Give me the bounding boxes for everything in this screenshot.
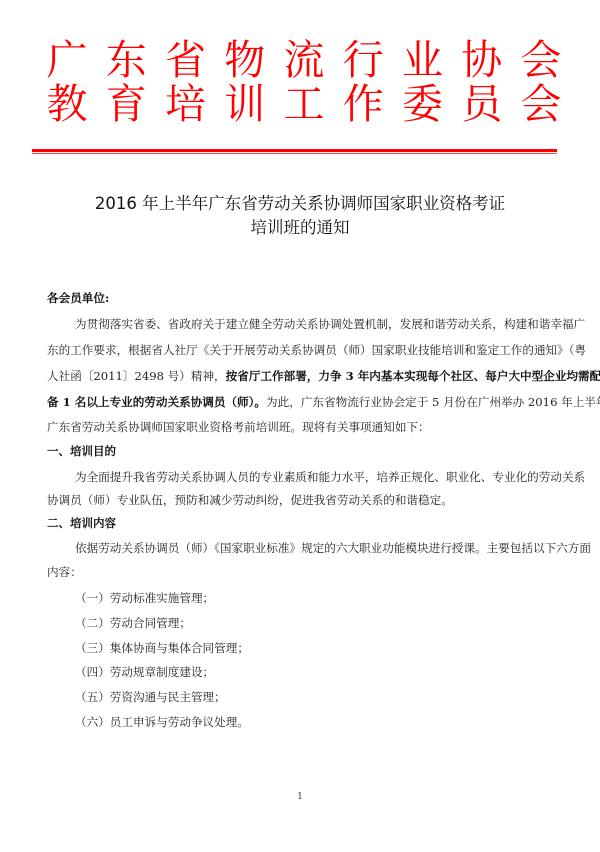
section-heading: 二、培训内容 [47,515,116,531]
page-number: 1 [0,792,600,802]
letterhead-char: 物 [220,38,270,82]
intro-emphasis: 按省厅工作部署，力争 3 年内基本实现每个社区、每户大中型企业均需配 [226,369,600,383]
letterhead-divider [32,149,557,155]
document-page: 广 东 省 物 流 行 业 协 会 教 育 培 训 工 作 委 员 会 2016… [0,0,600,852]
letterhead-line-2: 教 育 培 训 工 作 委 员 会 [42,82,566,126]
letterhead-char: 业 [398,38,448,82]
section-paragraph-line: 内容： [47,564,82,580]
letterhead-char: 东 [101,38,151,82]
letterhead-char: 省 [161,38,211,82]
intro-line: 为贯彻落实省委、省政府关于建立健全劳动关系协调处置机制，发展和谐劳动关系，构建和… [75,316,585,332]
list-item: （四）劳动规章制度建设； [75,664,214,680]
section-paragraph-line: 协调员（师）专业队伍，预防和减少劳动纠纷，促进我省劳动关系的和谐稳定。 [47,492,453,508]
letterhead-char: 会 [516,82,566,126]
letterhead-char: 流 [279,38,329,82]
salutation: 各会员单位: [47,290,109,306]
letterhead-char: 行 [338,38,388,82]
document-title: 2016 年上半年广东省劳动关系协调师国家职业资格考证 培训班的通知 [0,192,600,240]
title-line-1: 2016 年上半年广东省劳动关系协调师国家职业资格考证 [0,192,600,216]
letterhead-char: 广 [42,38,92,82]
list-item: （一）劳动标准实施管理； [75,590,214,606]
list-item: （二）劳动合同管理； [75,615,191,631]
divider-thin-line [32,153,557,154]
section-heading: 一、培训目的 [47,443,116,459]
intro-line: 备 1 名以上专业的劳动关系协调员（师）。为此，广东省物流行业协会定于 5 月份… [47,394,600,410]
letterhead-char: 教 [42,82,92,126]
list-item: （六）员工申诉与劳动争议处理。 [75,714,249,730]
letterhead-char: 训 [220,82,270,126]
divider-thick-line [32,149,557,152]
letterhead-char: 协 [457,38,507,82]
section-paragraph-line: 依据劳动关系协调员（师）《国家职业标准》规定的六大职业功能模块进行授课。主要包括… [75,540,591,556]
intro-text: 为此，广东省物流行业协会定于 5 月份在广州举办 2016 年上半年 [266,395,600,409]
letterhead-line-1: 广 东 省 物 流 行 业 协 会 [42,38,566,82]
intro-line: 人社函〔2011〕2498 号）精神，按省厅工作部署，力争 3 年内基本实现每个… [47,368,600,384]
letterhead-char: 培 [161,82,211,126]
section-paragraph-line: 为全面提升我省劳动关系协调人员的专业素质和能力水平，培养正规化、职业化、专业化的… [75,469,585,485]
letterhead-char: 作 [338,82,388,126]
letterhead-char: 会 [516,38,566,82]
intro-text: 人社函〔2011〕2498 号）精神， [47,369,226,383]
letterhead-char: 工 [279,82,329,126]
intro-emphasis: 备 1 名以上专业的劳动关系协调员（师）。 [47,395,266,409]
intro-line: 东的工作要求，根据省人社厅《关于开展劳动关系协调员（师）国家职业技能培训和鉴定工… [47,342,586,358]
letterhead-char: 育 [101,82,151,126]
letterhead-char: 员 [457,82,507,126]
intro-line: 广东省劳动关系协调师国家职业资格考前培训班。现将有关事项通知如下： [47,419,430,435]
letterhead: 广 东 省 物 流 行 业 协 会 教 育 培 训 工 作 委 员 会 [42,38,566,126]
list-item: （三）集体协商与集体合同管理； [75,640,249,656]
letterhead-char: 委 [398,82,448,126]
title-line-2: 培训班的通知 [0,216,600,240]
list-item: （五）劳资沟通与民主管理； [75,689,226,705]
